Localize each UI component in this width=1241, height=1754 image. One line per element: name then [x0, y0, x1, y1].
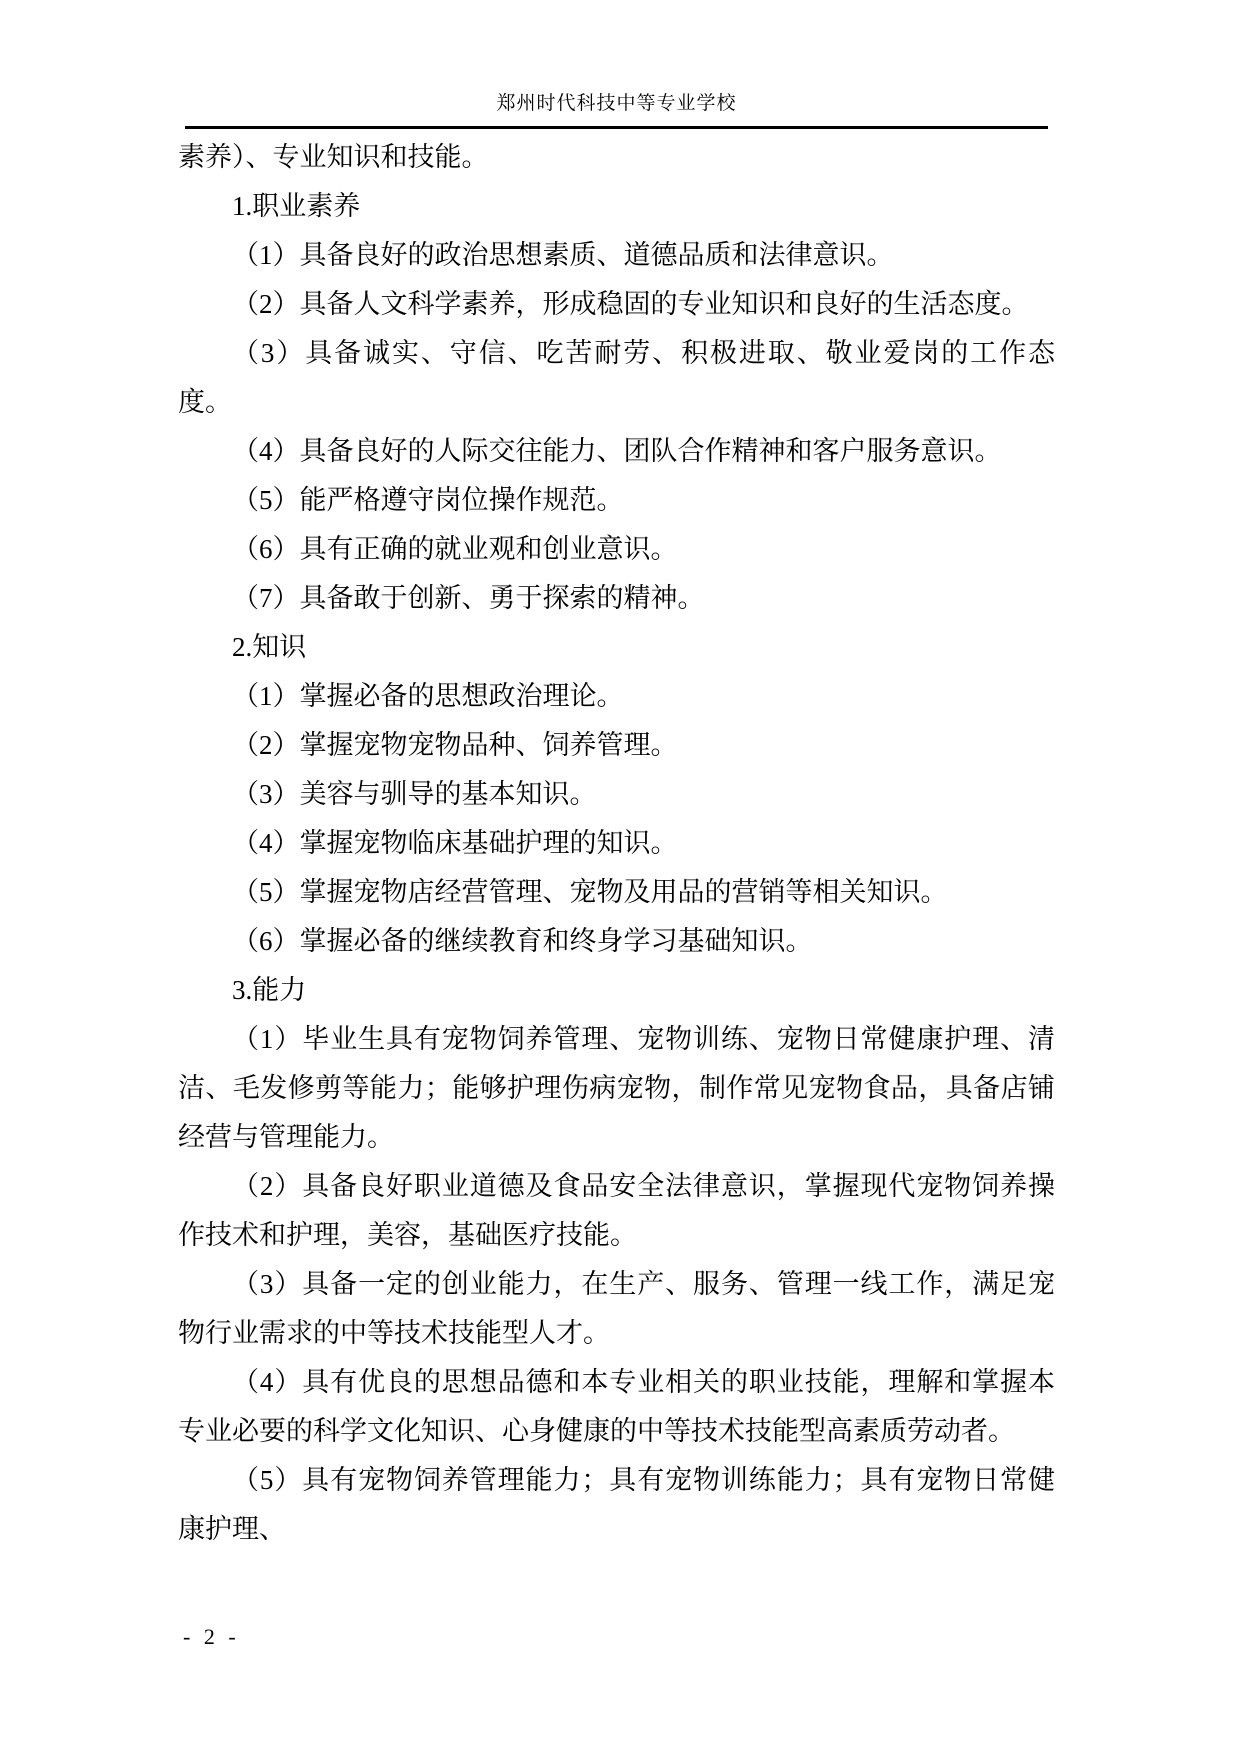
page-number: - 2 -: [183, 1622, 240, 1652]
list-item: （3）具备诚实、守信、吃苦耐劳、积极进取、敬业爱岗的工作态度。: [178, 329, 1055, 427]
list-item: （5）具有宠物饲养管理能力；具有宠物训练能力；具有宠物日常健康护理、: [178, 1456, 1055, 1554]
list-item: （5）掌握宠物店经营管理、宠物及用品的营销等相关知识。: [178, 868, 1055, 917]
list-item: （4）掌握宠物临床基础护理的知识。: [178, 819, 1055, 868]
list-item: （1）毕业生具有宠物饲养管理、宠物训练、宠物日常健康护理、清洁、毛发修剪等能力；…: [178, 1015, 1055, 1162]
document-page: 郑州时代科技中等专业学校 素养）、专业知识和技能。 1.职业素养 （1）具备良好…: [0, 0, 1241, 1754]
list-item: （1）具备良好的政治思想素质、道德品质和法律意识。: [178, 231, 1055, 280]
list-item: （3）具备一定的创业能力，在生产、服务、管理一线工作，满足宠物行业需求的中等技术…: [178, 1260, 1055, 1358]
section-heading-ability: 3.能力: [178, 966, 1055, 1015]
list-item: （7）具备敢于创新、勇于探索的精神。: [178, 574, 1055, 623]
header-divider-line: [185, 126, 1048, 129]
list-item: （2）具备良好职业道德及食品安全法律意识，掌握现代宠物饲养操作技术和护理，美容，…: [178, 1162, 1055, 1260]
list-item: （2）掌握宠物宠物品种、饲养管理。: [178, 721, 1055, 770]
section-heading-professional-quality: 1.职业素养: [178, 182, 1055, 231]
list-item: （3）美容与驯导的基本知识。: [178, 770, 1055, 819]
list-item: （6）掌握必备的继续教育和终身学习基础知识。: [178, 917, 1055, 966]
paragraph-intro-continuation: 素养）、专业知识和技能。: [178, 133, 1055, 182]
list-item: （2）具备人文科学素养，形成稳固的专业知识和良好的生活态度。: [178, 280, 1055, 329]
list-item: （5）能严格遵守岗位操作规范。: [178, 476, 1055, 525]
list-item: （4）具有优良的思想品德和本专业相关的职业技能，理解和掌握本专业必要的科学文化知…: [178, 1358, 1055, 1456]
document-body: 素养）、专业知识和技能。 1.职业素养 （1）具备良好的政治思想素质、道德品质和…: [178, 133, 1055, 1554]
section-heading-knowledge: 2.知识: [178, 623, 1055, 672]
list-item: （6）具有正确的就业观和创业意识。: [178, 525, 1055, 574]
list-item: （4）具备良好的人际交往能力、团队合作精神和客户服务意识。: [178, 427, 1055, 476]
list-item: （1）掌握必备的思想政治理论。: [178, 672, 1055, 721]
page-header-school-name: 郑州时代科技中等专业学校: [185, 92, 1048, 116]
